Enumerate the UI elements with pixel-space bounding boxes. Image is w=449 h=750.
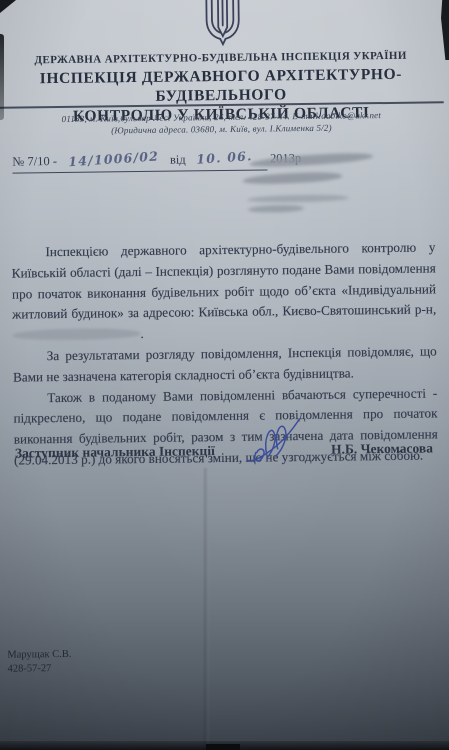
- signer-name: Н.Б. Чекомасова: [331, 440, 433, 457]
- reference-date-handwritten: 10. 06.: [196, 148, 253, 167]
- paper-sheet: ДЕРЖАВНА АРХІТЕКТУРНО-БУДІВЕЛЬНА ІНСПЕКЦ…: [0, 0, 449, 750]
- paragraph-1-text: Інспекцією державного архітектурно-будів…: [12, 239, 437, 322]
- reference-date-label: від: [170, 152, 186, 166]
- fold-crease: [204, 468, 209, 750]
- redaction-smudge-4: [248, 205, 304, 213]
- paragraph-1-suffix: .: [140, 326, 143, 341]
- reference-underlined-group: № 7/10 - 14/1006/02 від 10. 06.: [12, 150, 267, 173]
- executor-contact: Марущак С.В. 428-57-27: [7, 648, 71, 677]
- paragraph-2: За результатами розгляду повідомлення, І…: [13, 341, 437, 388]
- background-edge-left: [0, 34, 4, 120]
- background-notch-bottom: [206, 744, 240, 750]
- signer-position-title: Заступник начальника Інспекції: [15, 443, 215, 461]
- redaction-smudge-inline: [12, 328, 140, 341]
- letter-content: ДЕРЖАВНА АРХІТЕКТУРНО-БУДІВЕЛЬНА ІНСПЕКЦ…: [0, 0, 449, 750]
- document-photo: ДЕРЖАВНА АРХІТЕКТУРНО-БУДІВЕЛЬНА ІНСПЕКЦ…: [0, 0, 449, 750]
- letter-body: Інспекцією державного архітектурно-будів…: [11, 237, 438, 471]
- reference-number-prefix: № 7/10 -: [12, 154, 57, 169]
- redaction-smudge-3: [247, 194, 349, 202]
- reference-number-handwritten: 14/1006/02: [68, 148, 159, 169]
- executor-name: Марущак С.В.: [7, 648, 71, 663]
- org-address: 01133, м. Київ,бульвар Лесі Українки, 26…: [0, 109, 446, 137]
- paragraph-1: Інспекцією державного архітектурно-будів…: [11, 237, 436, 346]
- redaction-smudge-2: [242, 171, 342, 185]
- trident-emblem-icon: [197, 0, 248, 49]
- executor-phone: 428-57-27: [7, 662, 71, 677]
